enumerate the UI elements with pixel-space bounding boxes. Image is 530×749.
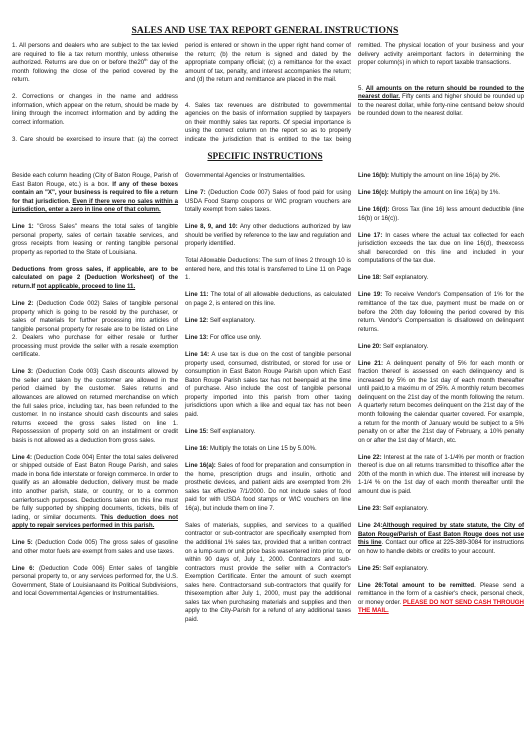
line-7: Line 7: (Deduction Code 007) Sales of fo… <box>185 189 351 215</box>
line-23: Line 23: Self explanatory. <box>358 505 524 514</box>
line-17: Line 17: In cases where the actual tax c… <box>358 232 524 266</box>
line-22: Line 22: Interest at the rate of 1-1/4% … <box>358 454 524 497</box>
line-12: Line 12: Self explanatory. <box>185 317 351 326</box>
general-column-3: 4. Sales tax revenues are distributed to… <box>358 42 524 127</box>
line-2: Line 2: (Deduction Code 002) Sales of ta… <box>12 300 178 360</box>
specific-column-1: Beside each column heading (City of Bato… <box>12 172 178 608</box>
line-6: Line 6: (Deduction Code 006) Enter sales… <box>12 565 178 599</box>
specific-column-3: Line 16(b): Multiply the amount on line … <box>358 172 524 624</box>
general-item-5: 5. All amounts on the return should be r… <box>358 85 524 119</box>
line-16c: Line 16(c): Multiply the amount on line … <box>358 189 524 198</box>
line-11: Line 11: The total of all allowable dedu… <box>185 291 351 308</box>
general-item-4: 4. Sales tax revenues are distributed to… <box>185 102 351 145</box>
line-19: Line 19: To receive Vendor's Compensatio… <box>358 291 524 334</box>
line-3: Line 3: (Deduction Code 003) Cash discou… <box>12 368 178 445</box>
line-16: Line 16: Multiply the totals on Line 15 … <box>185 445 351 454</box>
line-16d: Line 16(d): Gross Tax (line 16) less amo… <box>358 206 524 223</box>
section-heading-specific: SPECIFIC INSTRUCTIONS <box>178 151 352 161</box>
line-20: Line 20: Self explanatory. <box>358 343 524 352</box>
line-5: Line 5: (Deduction Code 005) The gross s… <box>12 539 178 556</box>
line-26: Line 26:Total amount to be remitted. Ple… <box>358 582 524 616</box>
line-13: Line 13: For office use only. <box>185 334 351 343</box>
general-item-1: 1. All persons and dealers who are subje… <box>12 42 178 85</box>
page-title: SALES AND USE TAX REPORT GENERAL INSTRUC… <box>0 25 530 36</box>
line-24: Line 24:Although required by state statu… <box>358 522 524 556</box>
general-item-3: 3. Care should be exercised to insure th… <box>185 42 351 93</box>
general-item-2: 2. Corrections or changes in the name an… <box>12 93 178 127</box>
jurisdiction-note: Beside each column heading (City of Bato… <box>12 172 178 215</box>
line-15: Line 15: Self explanatory. <box>185 428 351 437</box>
deductions-note: Deductions from gross sales, if applicab… <box>12 266 178 292</box>
line-18: Line 18: Self explanatory. <box>358 274 524 283</box>
line-6-cont: Governmental Agencies or Instrumentaliti… <box>185 172 351 181</box>
contractor-exemption: Sales of materials, supplies, and servic… <box>185 522 351 625</box>
line-21: Line 21: A delinquent penalty of 5% for … <box>358 360 524 445</box>
line-16a: Line 16(a): Sales of food for preparatio… <box>185 462 351 513</box>
general-item-4-cont: 4. Sales tax revenues are distributed to… <box>358 42 524 76</box>
specific-column-2: Governmental Agencies or Instrumentaliti… <box>185 172 351 633</box>
general-column-2: 3. Care should be exercised to insure th… <box>185 42 351 153</box>
line-14: Line 14: A use tax is due on the cost of… <box>185 351 351 419</box>
line-4: Line 4: (Deduction Code 004) Enter the t… <box>12 454 178 531</box>
line-8-9-10: Line 8, 9, and 10: Any other deductions … <box>185 223 351 249</box>
general-column-1: 1. All persons and dealers who are subje… <box>12 42 178 153</box>
line-25: Line 25: Self explanatory. <box>358 565 524 574</box>
general-item-3-start: 3. Care should be exercised to insure th… <box>12 136 178 145</box>
line-1: Line 1: "Gross Sales" means the total sa… <box>12 223 178 257</box>
line-16b: Line 16(b): Multiply the amount on line … <box>358 172 524 181</box>
total-allowable-deductions: Total Allowable Deductions: The sum of l… <box>185 257 351 283</box>
